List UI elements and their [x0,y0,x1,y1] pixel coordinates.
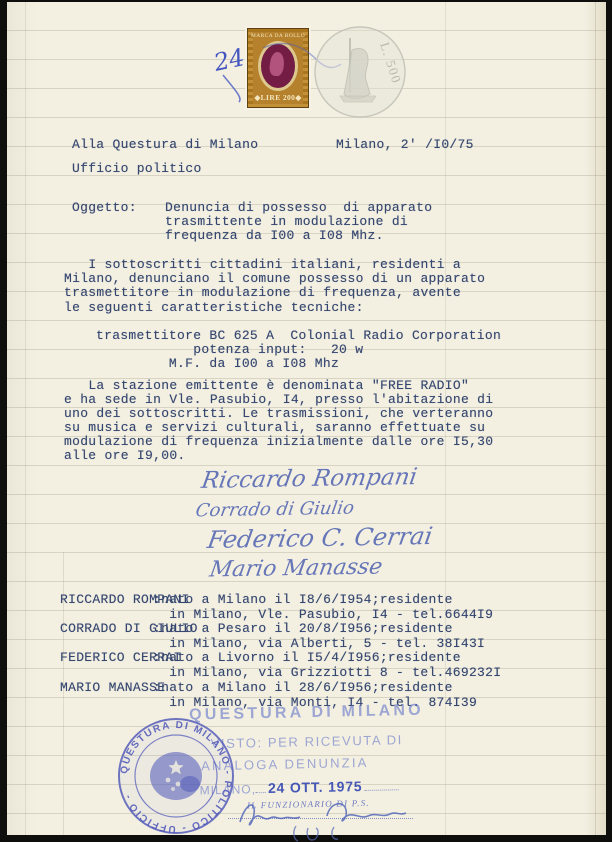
subject-label: Oggetto: [72,201,137,215]
declarant-details: :nato a Livorno il I5/4/I956;residente i… [153,650,501,680]
declarant-name: MARIO MANASSE [60,680,165,695]
recipient-line: Alla Questura di Milano [72,138,258,152]
signature-manasse: Mario Manasse [208,555,384,583]
receipt-stamp-line2: VISTO: PER RICEVUTA DI [211,731,440,751]
body-paragraph-2: La stazione emittente è denominata "FREE… [64,379,493,462]
signature-cerrai: Federico C. Cerrai [205,522,434,554]
signature-di-giulio: Corrado di Giulio [194,498,356,522]
technical-specs: trasmettitore BC 625 A Colonial Radio Co… [96,329,501,372]
office-line: Ufficio politico [72,162,202,176]
declarant-details: :nato a Milano il I8/6/I954;residente in… [153,592,493,622]
signature-rompani: Riccardo Rompani [200,464,419,494]
place-date-line: Milano, 2' /I0/75 [336,138,474,152]
fold-line-left [25,2,26,835]
subject-text: Denuncia di possesso di apparato trasmit… [165,201,432,244]
body-paragraph-1: I sottoscritti cittadini italiani, resid… [64,258,485,315]
partial-handwriting [290,824,380,842]
embossed-seal: L. 500 [310,22,410,122]
scanned-document-page: MARCA DA BOLLO ◆LIRE 200◆ 24 L. 500 Alla… [0,0,612,842]
declarant-details: :nato a Pesaro il 20/8/I956;residente in… [153,621,485,651]
signature-line [228,818,413,819]
margin-line-right [595,2,596,835]
round-office-stamp: QUESTURA DI MILANO - POLITICO - UFFICIO … [112,712,240,840]
dotted-leader [364,779,398,791]
